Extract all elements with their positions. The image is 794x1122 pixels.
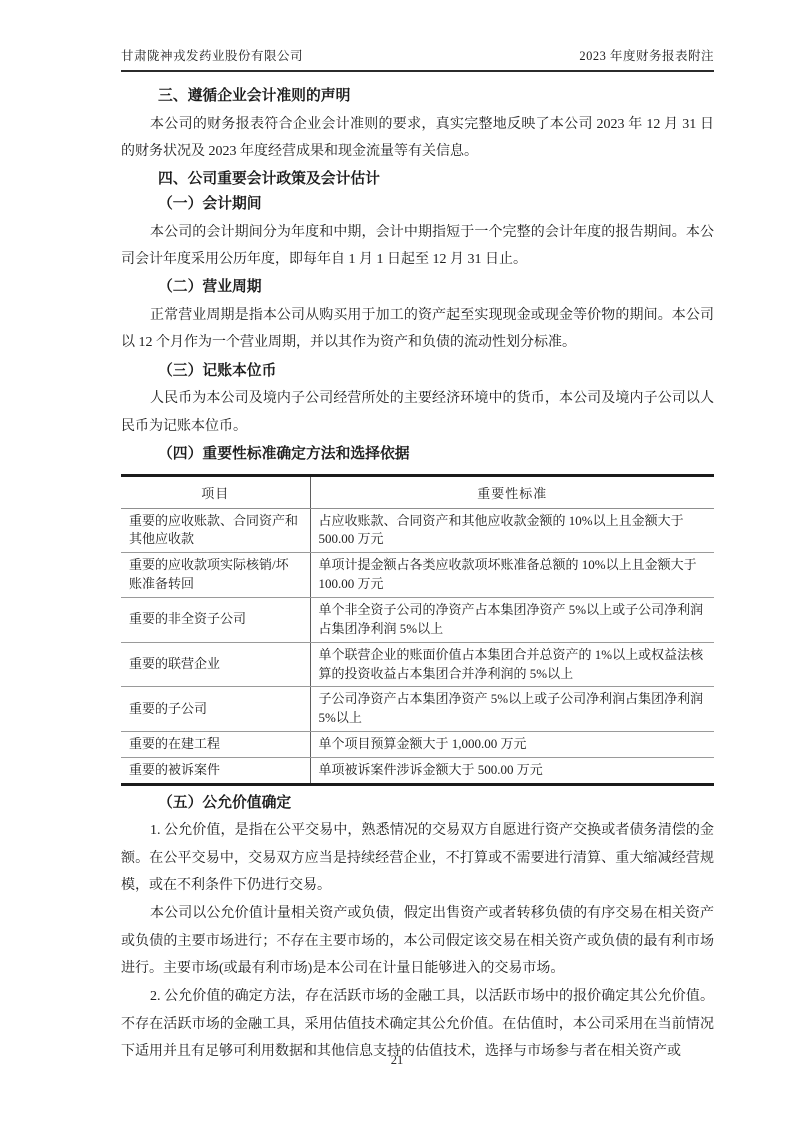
heading-section-3: 三、遵循企业会计准则的声明 xyxy=(121,86,714,107)
table-cell-item: 重要的应收账款、合同资产和其他应收款 xyxy=(121,508,310,553)
paragraph-4-3: 人民币为本公司及境内子公司经营所处的主要经济环境中的货币，本公司及境内子公司以人… xyxy=(121,385,714,440)
table-cell-item: 重要的在建工程 xyxy=(121,732,310,758)
table-row: 重要的子公司 子公司净资产占本集团净资产 5%以上或子公司净利润占集团净利润 5… xyxy=(121,687,714,732)
header-doc-title: 2023 年度财务报表附注 xyxy=(579,46,714,64)
header-company-name: 甘肃陇神戎发药业股份有限公司 xyxy=(121,46,303,64)
page-content: 三、遵循企业会计准则的声明 本公司的财务报表符合企业会计准则的要求，真实完整地反… xyxy=(121,86,714,1065)
heading-4-5-fair-value: （五）公允价值确定 xyxy=(121,793,714,814)
paragraph-4-1: 本公司的会计期间分为年度和中期，会计中期指短于一个完整的会计年度的报告期间。本公… xyxy=(121,219,714,274)
table-cell-criteria: 单个联营企业的账面价值占本集团合并总资产的 1%以上或权益法核算的投资收益占本集… xyxy=(310,642,714,687)
document-page: 甘肃陇神戎发药业股份有限公司 2023 年度财务报表附注 三、遵循企业会计准则的… xyxy=(0,0,794,1122)
paragraph-4-5-2: 本公司以公允价值计量相关资产或负债，假定出售资产或者转移负债的有序交易在相关资产… xyxy=(121,900,714,982)
table-cell-criteria: 单项计提金额占各类应收款项坏账准备总额的 10%以上且金额大于 100.00 万… xyxy=(310,553,714,598)
materiality-criteria-table: 项目 重要性标准 重要的应收账款、合同资产和其他应收款 占应收账款、合同资产和其… xyxy=(121,474,714,786)
table-row: 重要的非全资子公司 单个非全资子公司的净资产占本集团净资产 5%以上或子公司净利… xyxy=(121,597,714,642)
heading-4-4-materiality-criteria: （四）重要性标准确定方法和选择依据 xyxy=(121,444,714,465)
table-cell-criteria: 单个非全资子公司的净资产占本集团净资产 5%以上或子公司净利润占集团净利润 5%… xyxy=(310,597,714,642)
table-cell-item: 重要的应收款项实际核销/坏账准备转回 xyxy=(121,553,310,598)
paragraph-4-2: 正常营业周期是指本公司从购买用于加工的资产起至实现现金或现金等价物的期间。本公司… xyxy=(121,302,714,357)
table-header-item: 项目 xyxy=(121,475,310,508)
page-number: 21 xyxy=(391,1053,404,1067)
table-cell-criteria: 子公司净资产占本集团净资产 5%以上或子公司净利润占集团净利润 5%以上 xyxy=(310,687,714,732)
page-footer: 21 xyxy=(0,1053,794,1068)
paragraph-section-3: 本公司的财务报表符合企业会计准则的要求，真实完整地反映了本公司 2023 年 1… xyxy=(121,111,714,166)
heading-4-1-accounting-period: （一）会计期间 xyxy=(121,194,714,215)
table-row: 重要的被诉案件 单项被诉案件涉诉金额大于 500.00 万元 xyxy=(121,757,714,784)
table-row: 重要的在建工程 单个项目预算金额大于 1,000.00 万元 xyxy=(121,732,714,758)
table-row: 重要的应收款项实际核销/坏账准备转回 单项计提金额占各类应收款项坏账准备总额的 … xyxy=(121,553,714,598)
table-cell-item: 重要的非全资子公司 xyxy=(121,597,310,642)
table-cell-criteria: 占应收账款、合同资产和其他应收款金额的 10%以上且金额大于 500.00 万元 xyxy=(310,508,714,553)
table-cell-item: 重要的被诉案件 xyxy=(121,757,310,784)
paragraph-4-5-1: 1. 公允价值，是指在公平交易中，熟悉情况的交易双方自愿进行资产交换或者债务清偿… xyxy=(121,817,714,899)
table-cell-criteria: 单项被诉案件涉诉金额大于 500.00 万元 xyxy=(310,757,714,784)
heading-section-4: 四、公司重要会计政策及会计估计 xyxy=(121,169,714,190)
table-header-criteria: 重要性标准 xyxy=(310,475,714,508)
heading-4-2-operating-cycle: （二）营业周期 xyxy=(121,277,714,298)
page-header: 甘肃陇神戎发药业股份有限公司 2023 年度财务报表附注 xyxy=(121,46,714,72)
table-row: 重要的联营企业 单个联营企业的账面价值占本集团合并总资产的 1%以上或权益法核算… xyxy=(121,642,714,687)
table-header-row: 项目 重要性标准 xyxy=(121,475,714,508)
heading-4-3-functional-currency: （三）记账本位币 xyxy=(121,361,714,382)
table-cell-criteria: 单个项目预算金额大于 1,000.00 万元 xyxy=(310,732,714,758)
table-cell-item: 重要的联营企业 xyxy=(121,642,310,687)
table-row: 重要的应收账款、合同资产和其他应收款 占应收账款、合同资产和其他应收款金额的 1… xyxy=(121,508,714,553)
table-cell-item: 重要的子公司 xyxy=(121,687,310,732)
